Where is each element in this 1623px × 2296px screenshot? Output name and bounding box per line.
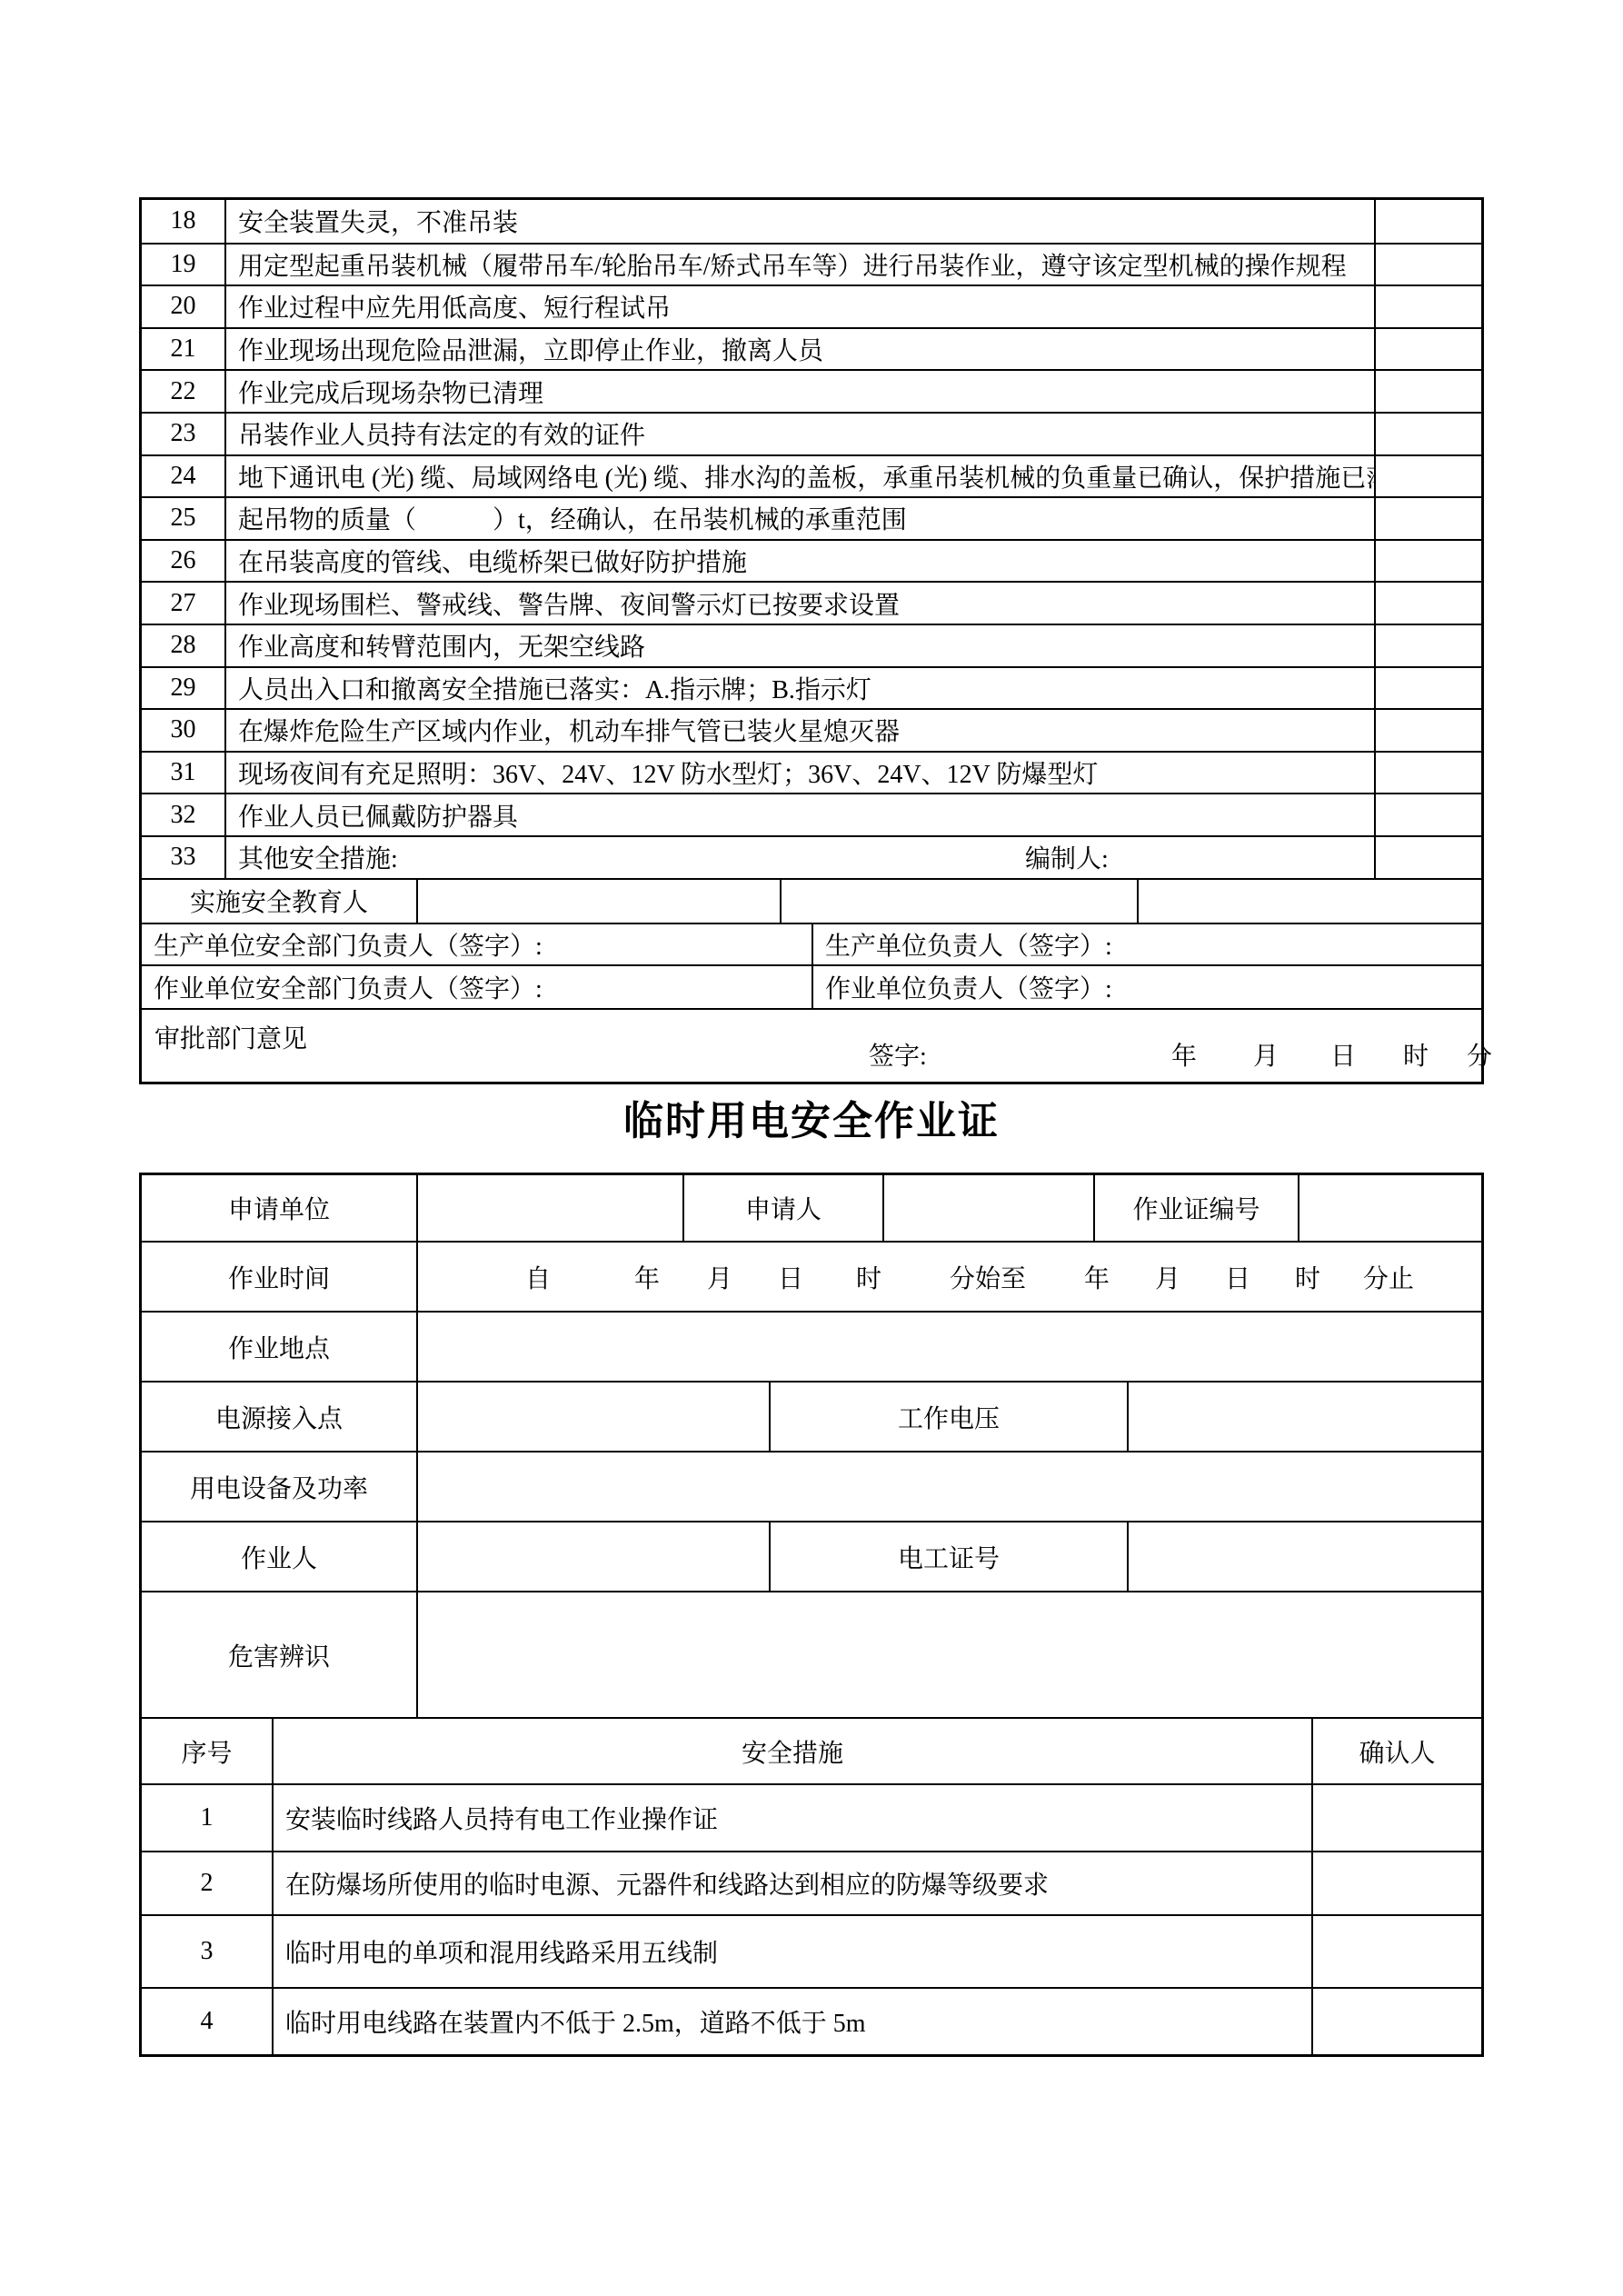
time-part: 日 (1225, 1259, 1250, 1295)
row-number: 27 (142, 583, 224, 624)
row-number: 31 (142, 753, 224, 794)
work-unit-safety-dept-signature[interactable]: 作业单位安全部门负责人（签字）: (142, 966, 811, 1008)
row-number: 3 (142, 1916, 272, 1987)
table-row: 20 作业过程中应先用低高度、短行程试吊 (142, 285, 1481, 327)
hazard-label: 危害辨识 (142, 1592, 416, 1717)
voltage-input-cell[interactable] (1127, 1383, 1481, 1451)
worker-label: 作业人 (142, 1522, 416, 1591)
permit-document-page: 18 安全装置失灵，不准吊装 19 用定型起重吊装机械（履带吊车/轮胎吊车/矫式… (0, 0, 1623, 2296)
unit-day: 日 (1330, 1036, 1356, 1073)
measure-text: 吊装作业人员持有法定的有效的证件 (224, 414, 1374, 454)
time-part: 年 (634, 1259, 660, 1295)
measure-text: 作业过程中应先用低高度、短行程试吊 (224, 286, 1374, 327)
measure-text: 安全装置失灵，不准吊装 (224, 200, 1374, 243)
signature-row: 生产单位安全部门负责人（签字）: 生产单位负责人（签字）: (142, 923, 1481, 964)
work-unit-leader-signature[interactable]: 作业单位负责人（签字）: (811, 966, 1481, 1008)
editor-label: 编制人: (1025, 839, 1109, 875)
confirm-cell[interactable] (1374, 498, 1481, 539)
confirm-cell[interactable] (1374, 200, 1481, 243)
measures-header-row: 序号 安全措施 确认人 (142, 1717, 1481, 1783)
equipment-row: 用电设备及功率 (142, 1451, 1481, 1521)
worker-row: 作业人 电工证号 (142, 1521, 1481, 1591)
row-number: 1 (142, 1785, 272, 1851)
confirm-cell[interactable] (1374, 710, 1481, 751)
measure-text: 人员出入口和撤离安全措施已落实：A.指示牌；B.指示灯 (224, 668, 1374, 709)
table-row: 3 临时用电的单项和混用线路采用五线制 (142, 1914, 1481, 1987)
measure-text: 起吊物的质量（ ）t，经确认，在吊装机械的承重范围 (224, 498, 1374, 539)
row-number: 19 (142, 245, 224, 285)
permit-no-input-cell[interactable] (1298, 1175, 1481, 1241)
power-point-row: 电源接入点 工作电压 (142, 1381, 1481, 1451)
time-part: 分始至 (950, 1259, 1026, 1295)
time-part: 时 (1295, 1259, 1320, 1295)
confirm-cell[interactable] (1311, 1785, 1481, 1851)
power-point-input-cell[interactable] (416, 1383, 769, 1451)
table-row: 19 用定型起重吊装机械（履带吊车/轮胎吊车/矫式吊车等）进行吊装作业，遵守该定… (142, 243, 1481, 285)
other-measures-cell[interactable]: 其他安全措施: 编制人: (224, 837, 1374, 878)
row-number: 24 (142, 456, 224, 497)
page-title: 临时用电安全作业证 (0, 1098, 1623, 1145)
work-time-input-cell[interactable]: 自 年 月 日 时 分始至 年 月 日 时 分止 (416, 1243, 1481, 1311)
approval-opinion-cell[interactable]: 审批部门意见 签字: 年 月 日 时 分 (142, 1010, 1481, 1083)
worker-input-cell[interactable] (416, 1522, 769, 1591)
time-part: 自 (525, 1259, 551, 1295)
unit-month: 月 (1253, 1036, 1279, 1073)
sign-label: 签字: (869, 1036, 927, 1073)
row-number: 25 (142, 498, 224, 539)
measure-text: 现场夜间有充足照明：36V、24V、12V 防水型灯；36V、24V、12V 防… (224, 753, 1374, 794)
approval-opinion-label: 审批部门意见 (154, 1019, 307, 1055)
row-number: 28 (142, 625, 224, 666)
measure-text: 用定型起重吊装机械（履带吊车/轮胎吊车/矫式吊车等）进行吊装作业，遵守该定型机械… (224, 245, 1374, 285)
approval-opinion-row: 审批部门意见 签字: 年 月 日 时 分 (142, 1008, 1481, 1083)
unit-year: 年 (1171, 1036, 1197, 1073)
measure-text: 作业现场围栏、警戒线、警告牌、夜间警示灯已按要求设置 (224, 583, 1374, 624)
apply-unit-label: 申请单位 (142, 1175, 416, 1241)
measure-text: 在防爆场所使用的临时电源、元器件和线路达到相应的防爆等级要求 (272, 1852, 1311, 1914)
apply-unit-row: 申请单位 申请人 作业证编号 (142, 1175, 1481, 1241)
power-point-label: 电源接入点 (142, 1383, 416, 1451)
row-number: 21 (142, 329, 224, 370)
temporary-electricity-permit-table: 申请单位 申请人 作业证编号 作业时间 自 年 月 日 时 分始至 年 月 日 … (139, 1173, 1484, 2057)
table-row: 2 在防爆场所使用的临时电源、元器件和线路达到相应的防爆等级要求 (142, 1851, 1481, 1914)
row-number: 33 (142, 837, 224, 878)
row-number: 23 (142, 414, 224, 454)
safety-education-row: 实施安全教育人 (142, 878, 1481, 923)
safety-educator-input-cell[interactable] (416, 880, 780, 923)
voltage-label: 工作电压 (769, 1383, 1127, 1451)
electrician-cert-input-cell[interactable] (1127, 1522, 1481, 1591)
table-row: 28 作业高度和转臂范围内，无架空线路 (142, 624, 1481, 666)
time-part: 月 (707, 1259, 732, 1295)
row-number: 30 (142, 710, 224, 751)
table-row: 22 作业完成后现场杂物已清理 (142, 369, 1481, 412)
row-number: 29 (142, 668, 224, 709)
apply-unit-input-cell[interactable] (416, 1175, 682, 1241)
safety-educator-label: 实施安全教育人 (142, 880, 416, 923)
table-row: 24 地下通讯电 (光) 缆、局域网络电 (光) 缆、排水沟的盖板，承重吊装机械… (142, 454, 1481, 497)
confirm-cell[interactable] (1374, 414, 1481, 454)
time-part: 分止 (1363, 1259, 1414, 1295)
measure-text: 安装临时线路人员持有电工作业操作证 (272, 1785, 1311, 1851)
table-row: 4 临时用电线路在装置内不低于 2.5m，道路不低于 5m (142, 1987, 1481, 2054)
header-confirm: 确认人 (1311, 1719, 1481, 1783)
permit-no-label: 作业证编号 (1093, 1175, 1298, 1241)
unit-minute: 分 (1467, 1036, 1492, 1073)
table-row: 26 在吊装高度的管线、电缆桥架已做好防护措施 (142, 539, 1481, 582)
confirm-cell[interactable] (1311, 1916, 1481, 1987)
hoisting-safety-measures-table: 18 安全装置失灵，不准吊装 19 用定型起重吊装机械（履带吊车/轮胎吊车/矫式… (139, 197, 1484, 1084)
time-part: 日 (778, 1259, 803, 1295)
confirm-cell[interactable] (1374, 753, 1481, 794)
confirm-cell[interactable] (1374, 541, 1481, 582)
time-part: 月 (1155, 1259, 1180, 1295)
confirm-cell[interactable] (1374, 245, 1481, 285)
table-row: 29 人员出入口和撤离安全措施已落实：A.指示牌；B.指示灯 (142, 666, 1481, 709)
measure-text: 地下通讯电 (光) 缆、局域网络电 (光) 缆、排水沟的盖板，承重吊装机械的负重… (224, 456, 1374, 497)
row-number: 2 (142, 1852, 272, 1914)
work-place-input-cell[interactable] (416, 1313, 1481, 1381)
confirm-cell[interactable] (1374, 456, 1481, 497)
table-row: 30 在爆炸危险生产区域内作业，机动车排气管已装火星熄灭器 (142, 708, 1481, 751)
confirm-cell[interactable] (1374, 583, 1481, 624)
confirm-cell[interactable] (1374, 794, 1481, 835)
confirm-cell[interactable] (1311, 1989, 1481, 2054)
confirm-cell[interactable] (1311, 1852, 1481, 1914)
confirm-cell[interactable] (1374, 286, 1481, 327)
production-unit-leader-signature[interactable]: 生产单位负责人（签字）: (811, 924, 1481, 964)
table-row: 27 作业现场围栏、警戒线、警告牌、夜间警示灯已按要求设置 (142, 581, 1481, 624)
work-time-row: 作业时间 自 年 月 日 时 分始至 年 月 日 时 分止 (142, 1241, 1481, 1311)
row-number: 22 (142, 371, 224, 412)
measure-text: 在吊装高度的管线、电缆桥架已做好防护措施 (224, 541, 1374, 582)
equipment-input-cell[interactable] (416, 1452, 1481, 1521)
table-row: 1 安装临时线路人员持有电工作业操作证 (142, 1783, 1481, 1851)
table-row: 23 吊装作业人员持有法定的有效的证件 (142, 412, 1481, 454)
confirm-cell[interactable] (1374, 329, 1481, 370)
measure-text: 作业完成后现场杂物已清理 (224, 371, 1374, 412)
time-part: 时 (856, 1259, 881, 1295)
row-number: 20 (142, 286, 224, 327)
confirm-cell[interactable] (1374, 837, 1481, 878)
signature-row: 作业单位安全部门负责人（签字）: 作业单位负责人（签字）: (142, 964, 1481, 1008)
applicant-label: 申请人 (682, 1175, 882, 1241)
measure-text: 在爆炸危险生产区域内作业，机动车排气管已装火星熄灭器 (224, 710, 1374, 751)
other-measures-label: 其他安全措施: (238, 839, 398, 875)
table-row: 18 安全装置失灵，不准吊装 (142, 200, 1481, 243)
equipment-label: 用电设备及功率 (142, 1452, 416, 1521)
work-place-row: 作业地点 (142, 1311, 1481, 1381)
hazard-input-cell[interactable] (416, 1592, 1481, 1717)
header-measure: 安全措施 (272, 1719, 1311, 1783)
table-row: 25 起吊物的质量（ ）t，经确认，在吊装机械的承重范围 (142, 496, 1481, 539)
electrician-cert-label: 电工证号 (769, 1522, 1127, 1591)
measure-text: 作业高度和转臂范围内，无架空线路 (224, 625, 1374, 666)
unit-hour: 时 (1403, 1036, 1429, 1073)
measure-text: 临时用电的单项和混用线路采用五线制 (272, 1916, 1311, 1987)
work-time-label: 作业时间 (142, 1243, 416, 1311)
row-number: 32 (142, 794, 224, 835)
table-row: 32 作业人员已佩戴防护器具 (142, 793, 1481, 835)
applicant-input-cell[interactable] (882, 1175, 1093, 1241)
row-number: 4 (142, 1989, 272, 2054)
confirm-cell[interactable] (1374, 371, 1481, 412)
table-row-other-measures: 33 其他安全措施: 编制人: (142, 835, 1481, 878)
safety-educator-input-cell[interactable] (1137, 880, 1481, 923)
table-row: 31 现场夜间有充足照明：36V、24V、12V 防水型灯；36V、24V、12… (142, 751, 1481, 794)
row-number: 26 (142, 541, 224, 582)
confirm-cell[interactable] (1374, 668, 1481, 709)
table-row: 21 作业现场出现危险品泄漏，立即停止作业，撤离人员 (142, 327, 1481, 370)
measure-text: 作业现场出现危险品泄漏，立即停止作业，撤离人员 (224, 329, 1374, 370)
time-part: 年 (1084, 1259, 1110, 1295)
hazard-row: 危害辨识 (142, 1591, 1481, 1717)
measure-text: 临时用电线路在装置内不低于 2.5m，道路不低于 5m (272, 1989, 1311, 2054)
row-number: 18 (142, 200, 224, 243)
work-place-label: 作业地点 (142, 1313, 416, 1381)
confirm-cell[interactable] (1374, 625, 1481, 666)
header-no: 序号 (142, 1719, 272, 1783)
safety-educator-input-cell[interactable] (780, 880, 1137, 923)
measure-text: 作业人员已佩戴防护器具 (224, 794, 1374, 835)
production-safety-dept-signature[interactable]: 生产单位安全部门负责人（签字）: (142, 924, 811, 964)
